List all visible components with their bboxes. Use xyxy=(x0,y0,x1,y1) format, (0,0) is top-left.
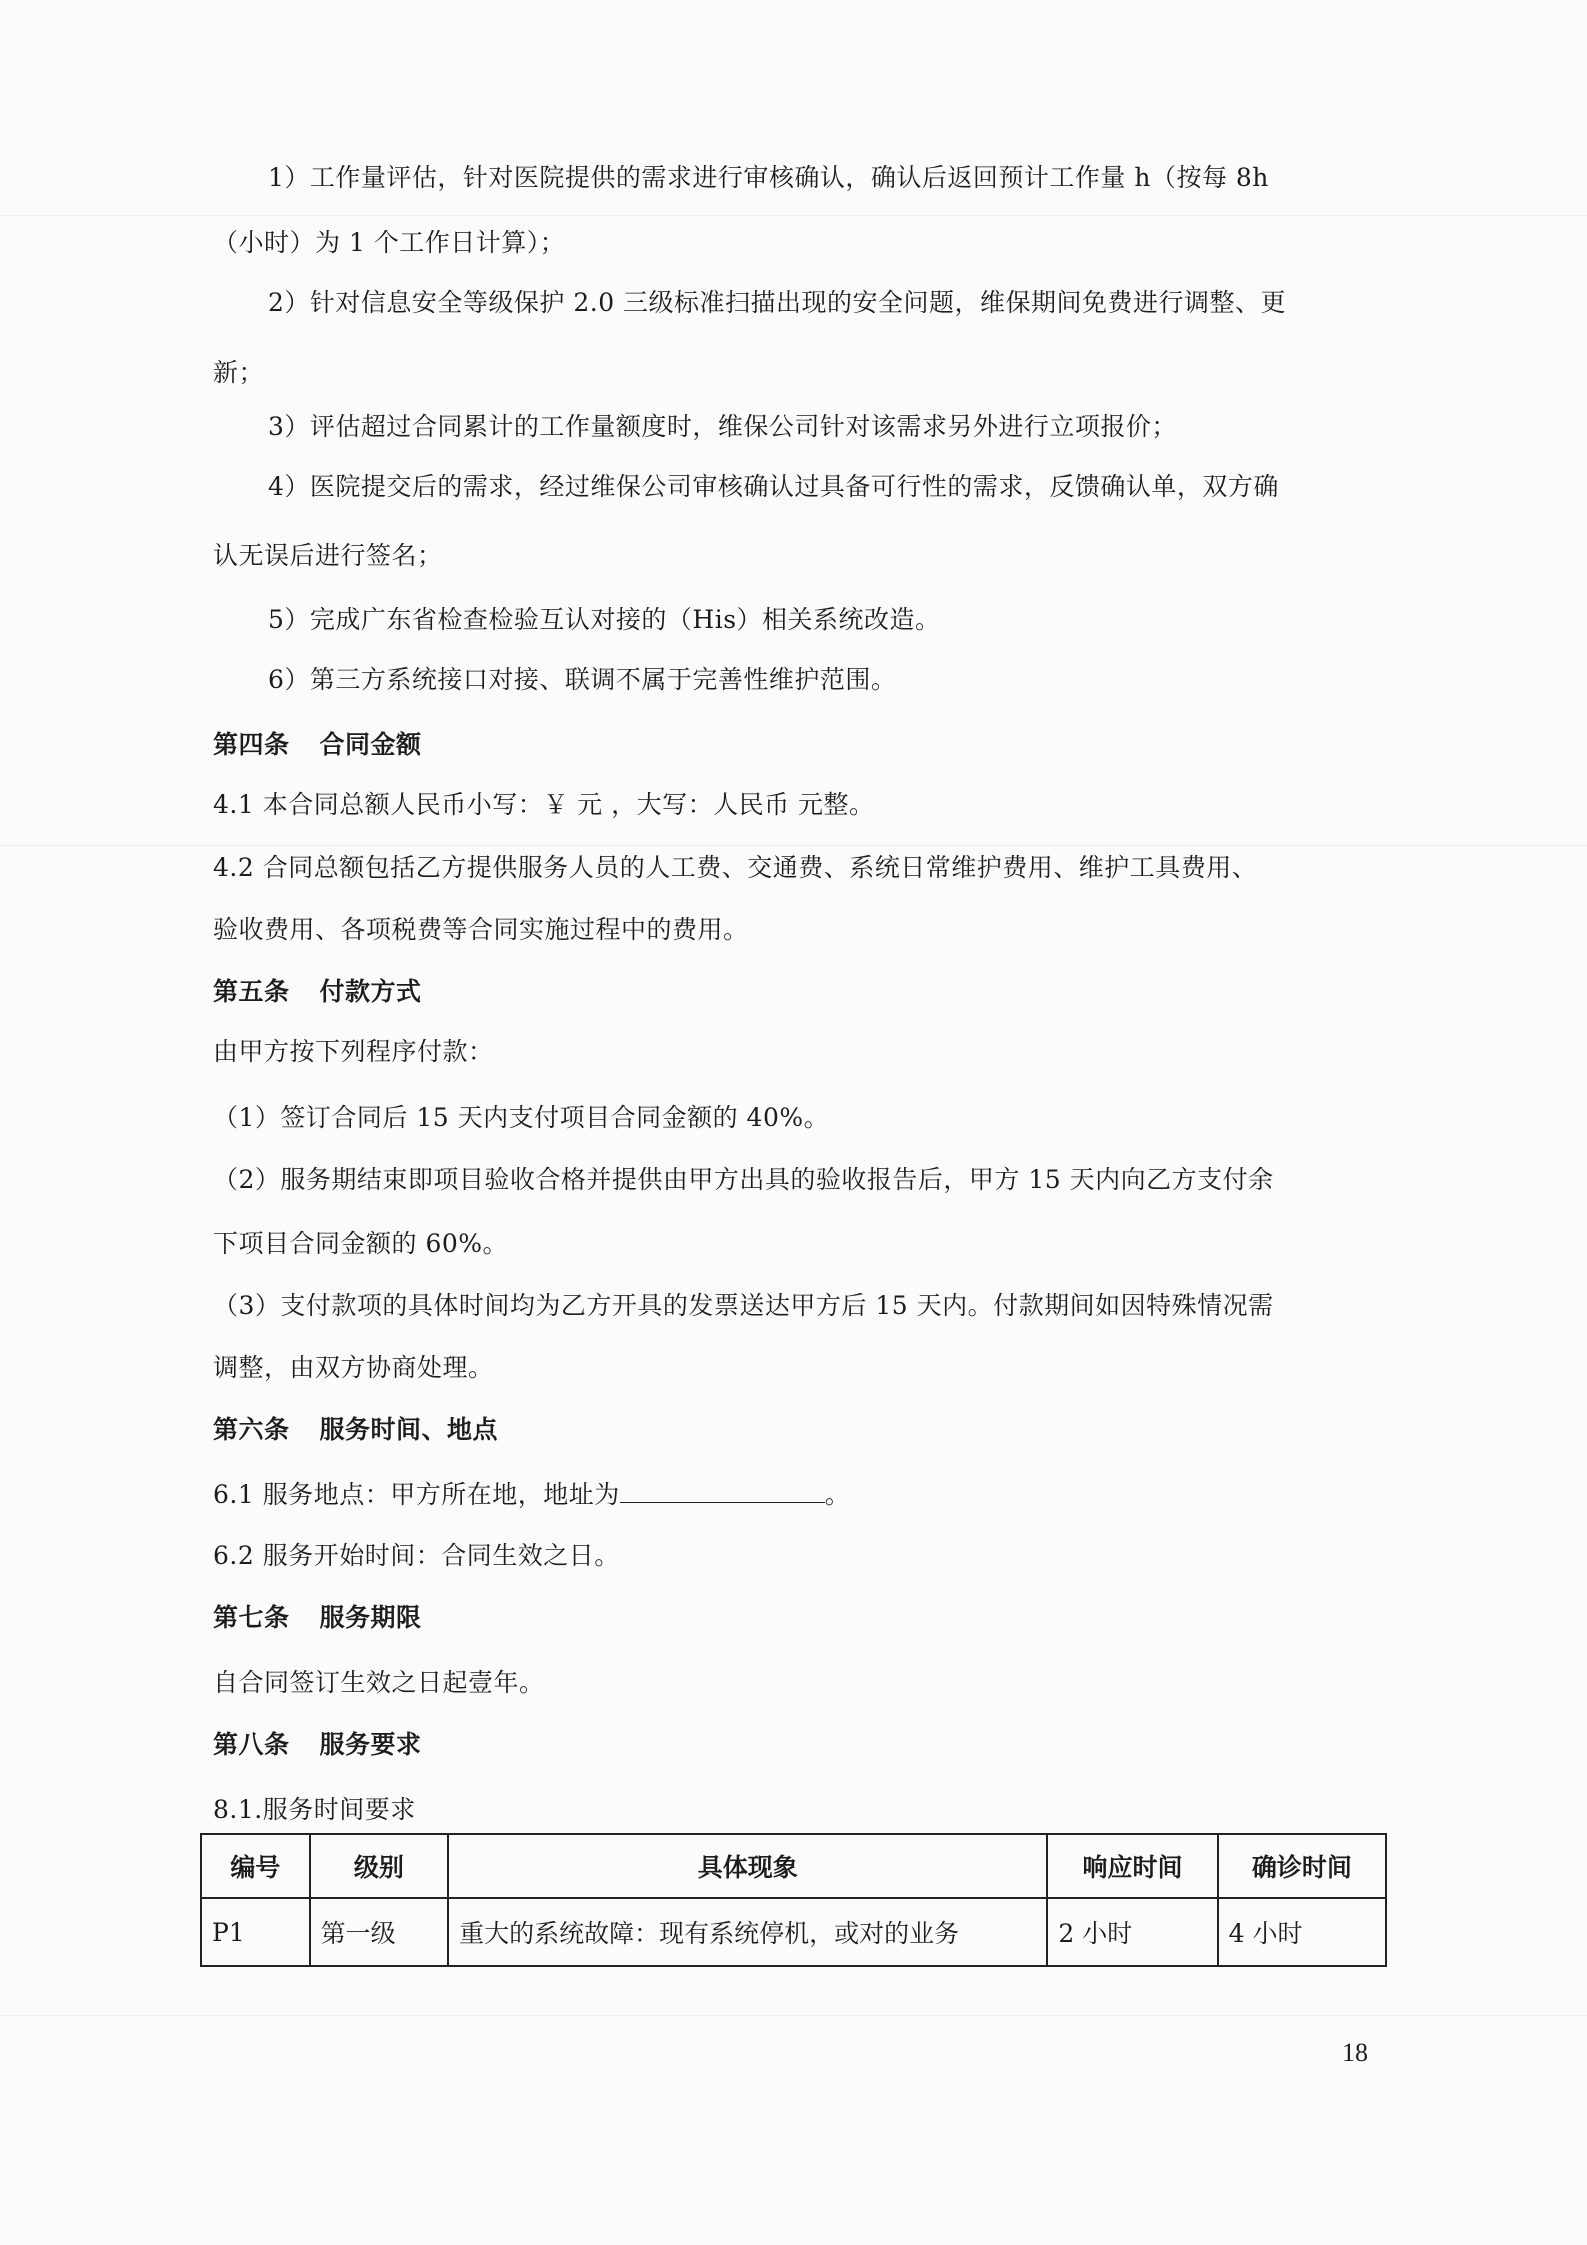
cell-response-time: 2 小时 xyxy=(1047,1898,1217,1966)
table-row: P1 第一级 重大的系统故障：现有系统停机，或对的业务 2 小时 4 小时 xyxy=(201,1898,1386,1966)
clause-6-1-period: 。 xyxy=(825,1480,851,1509)
cell-level: 第一级 xyxy=(310,1898,449,1966)
table-header-row: 编号 级别 具体现象 响应时间 确诊时间 xyxy=(201,1834,1386,1898)
list-item-1: 1）工作量评估，针对医院提供的需求进行审核确认，确认后返回预计工作量 h（按每 … xyxy=(268,163,1269,193)
header-level: 级别 xyxy=(310,1834,449,1898)
cell-diagnosis-time: 4 小时 xyxy=(1218,1898,1386,1966)
header-diagnosis-time: 确诊时间 xyxy=(1218,1834,1386,1898)
clause-4-2-cont: 验收费用、各项税费等合同实施过程中的费用。 xyxy=(213,915,749,945)
service-time-table: 编号 级别 具体现象 响应时间 确诊时间 P1 第一级 重大的系统故障：现有系统… xyxy=(200,1833,1387,1967)
article-8-heading: 第八条服务要求 xyxy=(213,1730,422,1760)
payment-clause-3-cont: 调整，由双方协商处理。 xyxy=(213,1353,494,1383)
article-title: 合同金额 xyxy=(320,730,422,759)
article-4-heading: 第四条合同金额 xyxy=(213,730,422,760)
payment-clause-3: （3）支付款项的具体时间均为乙方开具的发票送达甲方后 15 天内。付款期间如因特… xyxy=(213,1291,1274,1321)
clause-6-1: 6.1 服务地点：甲方所在地，地址为。 xyxy=(213,1478,850,1510)
service-term-text: 自合同签订生效之日起壹年。 xyxy=(213,1668,545,1698)
article-number: 第七条 xyxy=(213,1603,290,1632)
header-response-time: 响应时间 xyxy=(1047,1834,1217,1898)
subsection-8-1: 8.1.服务时间要求 xyxy=(213,1795,416,1825)
header-id: 编号 xyxy=(201,1834,310,1898)
payment-clause-1: （1）签订合同后 15 天内支付项目合同金额的 40%。 xyxy=(213,1103,829,1133)
article-number: 第四条 xyxy=(213,730,290,759)
article-number: 第五条 xyxy=(213,977,290,1006)
payment-clause-2-cont: 下项目合同金额的 60%。 xyxy=(213,1229,508,1259)
list-item-5: 5）完成广东省检查检验互认对接的（His）相关系统改造。 xyxy=(268,605,941,635)
header-phenomenon: 具体现象 xyxy=(448,1834,1047,1898)
clause-6-2: 6.2 服务开始时间：合同生效之日。 xyxy=(213,1541,620,1571)
article-5-heading: 第五条付款方式 xyxy=(213,977,422,1007)
document-page: 1）工作量评估，针对医院提供的需求进行审核确认，确认后返回预计工作量 h（按每 … xyxy=(0,0,1587,2245)
scan-artifact xyxy=(0,2015,1587,2016)
page-number: 18 xyxy=(1342,2038,1368,2068)
scan-artifact xyxy=(0,845,1587,846)
payment-intro: 由甲方按下列程序付款： xyxy=(213,1037,494,1067)
cell-id: P1 xyxy=(201,1898,310,1966)
address-blank-field[interactable] xyxy=(620,1478,825,1503)
article-title: 服务时间、地点 xyxy=(320,1415,499,1444)
article-title: 服务期限 xyxy=(320,1603,422,1632)
clause-4-2: 4.2 合同总额包括乙方提供服务人员的人工费、交通费、系统日常维护费用、维护工具… xyxy=(213,853,1257,883)
scan-artifact xyxy=(0,215,1587,216)
list-item-3: 3）评估超过合同累计的工作量额度时，维保公司针对该需求另外进行立项报价； xyxy=(268,412,1177,442)
list-item-1-cont: （小时）为 1 个工作日计算）； xyxy=(213,228,565,258)
article-number: 第六条 xyxy=(213,1415,290,1444)
cell-phenomenon: 重大的系统故障：现有系统停机，或对的业务 xyxy=(448,1898,1047,1966)
list-item-6: 6）第三方系统接口对接、联调不属于完善性维护范围。 xyxy=(268,665,896,695)
article-7-heading: 第七条服务期限 xyxy=(213,1603,422,1633)
clause-6-1-label: 6.1 服务地点：甲方所在地，地址为 xyxy=(213,1480,620,1509)
clause-4-1: 4.1 本合同总额人民币小写：￥ 元 ，大写：人民币 元整。 xyxy=(213,790,875,820)
list-item-2: 2）针对信息安全等级保护 2.0 三级标准扫描出现的安全问题，维保期间免费进行调… xyxy=(268,288,1286,318)
list-item-4: 4）医院提交后的需求，经过维保公司审核确认过具备可行性的需求，反馈确认单，双方确 xyxy=(268,472,1279,502)
article-6-heading: 第六条服务时间、地点 xyxy=(213,1415,498,1445)
payment-clause-2: （2）服务期结束即项目验收合格并提供由甲方出具的验收报告后，甲方 15 天内向乙… xyxy=(213,1165,1274,1195)
article-title: 付款方式 xyxy=(320,977,422,1006)
list-item-2-cont: 新； xyxy=(213,358,264,388)
article-number: 第八条 xyxy=(213,1730,290,1759)
article-title: 服务要求 xyxy=(320,1730,422,1759)
list-item-4-cont: 认无误后进行签名； xyxy=(213,541,443,571)
